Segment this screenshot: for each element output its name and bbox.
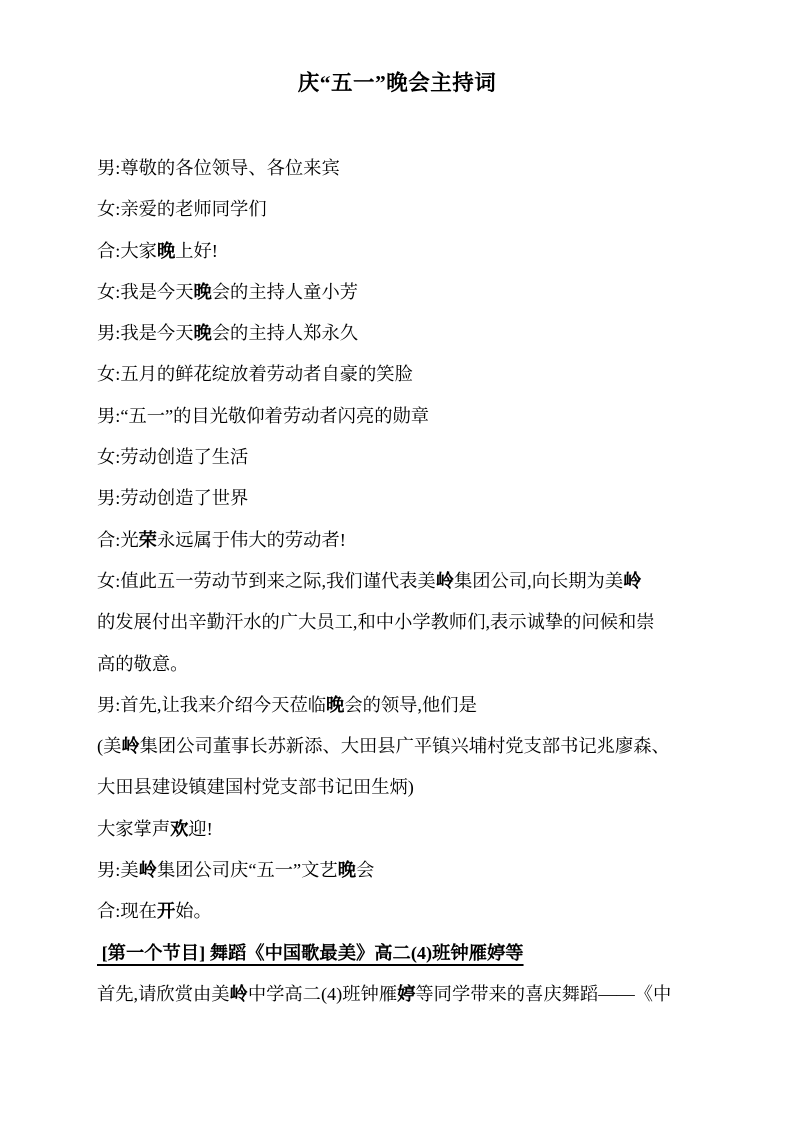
text-line: 女:值此五一劳动节到来之际,我们谨代表美岭集团公司,向长期为美岭 <box>97 561 701 602</box>
text-run: 上好! <box>175 241 218 261</box>
document-page: 庆“五一”晚会主持词 男:尊敬的各位领导、各位来宾女:亲爱的老师同学们合:大家晚… <box>0 0 794 1123</box>
text-run: 岭 <box>121 736 139 756</box>
text-line: 高的敬意。 <box>97 644 701 685</box>
text-run: 荣 <box>139 530 157 550</box>
text-run: 大田县建设镇建国村党支部书记田生炳) <box>97 777 414 797</box>
text-run: 女:劳动创造了生活 <box>97 447 248 467</box>
text-line: 女:劳动创造了生活 <box>97 437 701 478</box>
text-run: 的发展付出辛勤汗水的广大员工,和中小学教师们,表示诚挚的问候和崇 <box>97 612 655 632</box>
text-line: 大田县建设镇建国村党支部书记田生炳) <box>97 767 701 808</box>
text-run: [第一个节目] 舞蹈《中国歌最美》高二(4)班钟雁婷等 <box>97 943 524 963</box>
text-line: 男:劳动创造了世界 <box>97 478 701 519</box>
text-line: 男:我是今天晚会的主持人郑永久 <box>97 313 701 354</box>
text-run: (美 <box>97 736 121 756</box>
text-run: 合:大家 <box>97 241 157 261</box>
text-run: 岭 <box>230 984 248 1004</box>
text-run: 中学高二(4)班钟雁 <box>248 984 397 1004</box>
text-run: 晚 <box>157 241 175 261</box>
text-run: 高的敬意。 <box>97 654 188 674</box>
text-run: 开 <box>157 901 175 921</box>
document-title: 庆“五一”晚会主持词 <box>0 66 794 97</box>
text-run: 会 <box>356 860 374 880</box>
text-run: 男:劳动创造了世界 <box>97 488 248 508</box>
text-run: 晚 <box>338 860 356 880</box>
text-line: 的发展付出辛勤汗水的广大员工,和中小学教师们,表示诚挚的问候和崇 <box>97 602 701 643</box>
text-run: 等同学带来的喜庆舞蹈——《中 <box>415 984 671 1004</box>
text-run: 会的主持人郑永久 <box>212 323 358 343</box>
text-line: 女:五月的鲜花绽放着劳动者自豪的笑脸 <box>97 354 701 395</box>
text-run: 男:美 <box>97 860 139 880</box>
text-run: 合:现在 <box>97 901 157 921</box>
text-run: 大家掌声 <box>97 819 170 839</box>
text-line: 男:尊敬的各位领导、各位来宾 <box>97 148 701 189</box>
text-run: 岭 <box>623 571 641 591</box>
text-line: 男:首先,让我来介绍今天莅临晚会的领导,他们是 <box>97 685 701 726</box>
text-line: 合:光荣永远属于伟大的劳动者! <box>97 520 701 561</box>
text-run: 岭 <box>139 860 157 880</box>
text-run: 女:五月的鲜花绽放着劳动者自豪的笑脸 <box>97 364 413 384</box>
text-run: 男:首先,让我来介绍今天莅临 <box>97 695 326 715</box>
text-run: 晚 <box>194 323 212 343</box>
text-run: 晚 <box>194 282 212 302</box>
text-run: 男:尊敬的各位领导、各位来宾 <box>97 158 340 178</box>
text-run: 合:光 <box>97 530 139 550</box>
text-run: 始。 <box>175 901 212 921</box>
text-line: 男:美岭集团公司庆“五一”文艺晚会 <box>97 850 701 891</box>
text-run: 婷 <box>397 984 415 1004</box>
text-run: 会的领导,他们是 <box>344 695 477 715</box>
text-run: 迎! <box>188 819 212 839</box>
text-line: (美岭集团公司董事长苏新添、大田县广平镇兴埔村党支部书记兆廖森、 <box>97 726 701 767</box>
text-line: 女:亲爱的老师同学们 <box>97 189 701 230</box>
text-run: 集团公司董事长苏新添、大田县广平镇兴埔村党支部书记兆廖森、 <box>140 736 670 756</box>
text-line: 合:现在开始。 <box>97 891 701 932</box>
text-run: 会的主持人童小芳 <box>212 282 358 302</box>
text-line: 男:“五一”的目光敬仰着劳动者闪亮的勋章 <box>97 396 701 437</box>
text-line: 大家掌声欢迎! <box>97 809 701 850</box>
text-run: 女:我是今天 <box>97 282 194 302</box>
text-line: 合:大家晚上好! <box>97 231 701 272</box>
text-run: 岭 <box>436 571 454 591</box>
text-line: 首先,请欣赏由美岭中学高二(4)班钟雁婷等同学带来的喜庆舞蹈——《中 <box>97 974 701 1015</box>
text-line: 女:我是今天晚会的主持人童小芳 <box>97 272 701 313</box>
text-run: 永远属于伟大的劳动者! <box>157 530 346 550</box>
document-body: 男:尊敬的各位领导、各位来宾女:亲爱的老师同学们合:大家晚上好!女:我是今天晚会… <box>97 148 701 1015</box>
text-run: 男:我是今天 <box>97 323 194 343</box>
text-run: 男:“五一”的目光敬仰着劳动者闪亮的勋章 <box>97 406 429 426</box>
text-run: 晚 <box>326 695 344 715</box>
text-run: 女:亲爱的老师同学们 <box>97 199 267 219</box>
program-heading: [第一个节目] 舞蹈《中国歌最美》高二(4)班钟雁婷等 <box>97 933 701 974</box>
text-run: 集团公司庆“五一”文艺 <box>157 860 338 880</box>
text-run: 集团公司,向长期为美 <box>454 571 623 591</box>
text-run: 欢 <box>170 819 188 839</box>
text-run: 女:值此五一劳动节到来之际,我们谨代表美 <box>97 571 436 591</box>
text-run: 首先,请欣赏由美 <box>97 984 230 1004</box>
